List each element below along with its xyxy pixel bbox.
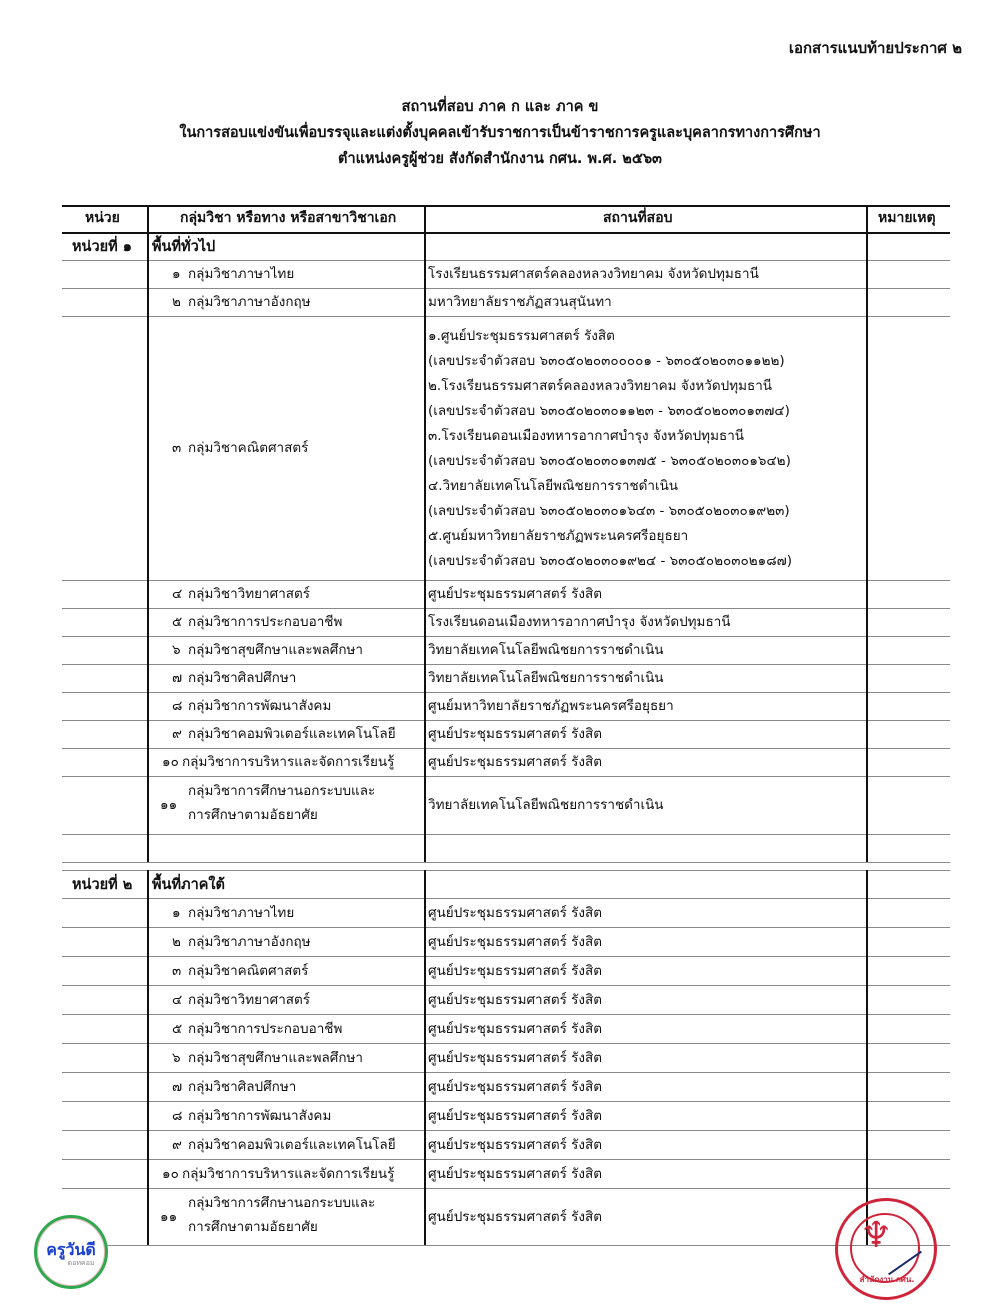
subject-no: ๓ <box>172 963 181 979</box>
column-divider <box>866 870 868 1245</box>
venue-name: ศูนย์มหาวิทยาลัยราชภัฏพระนครศรีอยุธยา <box>428 698 674 714</box>
venue-name: (เลขประจำตัวสอบ ๖๓๐๕๐๒๐๓๐๑๖๔๓ - ๖๓๐๕๐๒๐๓… <box>428 503 790 519</box>
column-divider <box>866 205 868 862</box>
row-divider <box>62 985 950 986</box>
subject-no: ๕ <box>172 1021 182 1037</box>
venue-name: (เลขประจำตัวสอบ ๖๓๐๕๐๒๐๓๐๐๐๐๑ - ๖๓๐๕๐๒๐๓… <box>428 353 785 369</box>
subject-name: กลุ่มวิชาภาษาไทย <box>188 905 294 921</box>
venue-name: ๑.ศูนย์ประชุมธรรมศาสตร์ รังสิต <box>428 328 615 344</box>
venue-name: ศูนย์ประชุมธรรมศาสตร์ รังสิต <box>428 963 602 979</box>
row-divider <box>62 288 950 289</box>
subject-no: ๑๑ <box>160 1209 177 1225</box>
row-divider <box>62 1072 950 1073</box>
subject-name: กลุ่มวิชาการประกอบอาชีพ <box>188 1021 342 1037</box>
subject-no: ๗ <box>172 670 182 686</box>
row-divider <box>62 898 950 899</box>
header-subject: กลุ่มวิชา หรือทาง หรือสาขาวิชาเอก <box>180 210 396 226</box>
document-title: สถานที่สอบ ภาค ก และ ภาค ข ในการสอบแข่งข… <box>0 94 1000 172</box>
subject-no: ๕ <box>172 614 182 630</box>
row-divider <box>62 870 950 871</box>
row-divider <box>62 1043 950 1044</box>
column-divider <box>147 870 149 1245</box>
subject-name: กลุ่มวิชาการบริหารและจัดการเรียนรู้ <box>182 1166 394 1182</box>
venue-name: (เลขประจำตัวสอบ ๖๓๐๕๐๒๐๓๐๑๙๒๔ - ๖๓๐๕๐๒๐๓… <box>428 553 792 569</box>
venue-name: ศูนย์ประชุมธรรมศาสตร์ รังสิต <box>428 754 602 770</box>
header-venue: สถานที่สอบ <box>603 210 673 226</box>
subject-name: กลุ่มวิชาวิทยาศาสตร์ <box>188 586 310 602</box>
venue-name: ศูนย์ประชุมธรรมศาสตร์ รังสิต <box>428 1050 602 1066</box>
subject-no: ๙ <box>172 1137 182 1153</box>
venue-name: ศูนย์ประชุมธรรมศาสตร์ รังสิต <box>428 726 602 742</box>
unit-area: พื้นที่ภาคใต้ <box>152 877 225 893</box>
venue-name: ศูนย์ประชุมธรรมศาสตร์ รังสิต <box>428 1108 602 1124</box>
row-divider <box>62 748 950 749</box>
subject-name: กลุ่มวิชาคอมพิวเตอร์และเทคโนโลยี <box>188 726 396 742</box>
subject-name: กลุ่มวิชาการพัฒนาสังคม <box>188 698 331 714</box>
venue-name: โรงเรียนธรรมศาสตร์คลองหลวงวิทยาคม จังหวั… <box>428 266 759 282</box>
venue-name: (เลขประจำตัวสอบ ๖๓๐๕๐๒๐๓๐๑๑๒๓ - ๖๓๐๕๐๒๐๓… <box>428 403 790 419</box>
subject-no: ๖ <box>172 642 181 658</box>
subject-name: กลุ่มวิชาภาษาไทย <box>188 266 294 282</box>
subject-no: ๓ <box>172 440 181 456</box>
row-divider <box>62 956 950 957</box>
subject-no: ๒ <box>172 294 181 310</box>
subject-name: กลุ่มวิชาคณิตศาสตร์ <box>188 963 308 979</box>
row-divider <box>62 834 950 835</box>
row-divider <box>62 692 950 693</box>
venue-name: ๒.โรงเรียนธรรมศาสตร์คลองหลวงวิทยาคม จังห… <box>428 378 772 394</box>
venue-name: วิทยาลัยเทคโนโลยีพณิชยการราชดำเนิน <box>428 797 664 813</box>
subject-no: ๘ <box>172 1108 182 1124</box>
venue-name: ศูนย์ประชุมธรรมศาสตร์ รังสิต <box>428 1021 602 1037</box>
row-divider <box>62 1159 950 1160</box>
subject-name: กลุ่มวิชาภาษาอังกฤษ <box>188 934 311 950</box>
row-divider <box>62 260 950 261</box>
subject-name: กลุ่มวิชาภาษาอังกฤษ <box>188 294 311 310</box>
row-divider <box>62 1245 950 1246</box>
column-divider <box>424 205 426 862</box>
subject-name: กลุ่มวิชาการประกอบอาชีพ <box>188 614 342 630</box>
subject-no: ๗ <box>172 1079 182 1095</box>
subject-name: กลุ่มวิชาคณิตศาสตร์ <box>188 440 308 456</box>
venue-name: ๔.วิทยาลัยเทคโนโลยีพณิชยการราชดำเนิน <box>428 478 678 494</box>
subject-name: กลุ่มวิชาศิลปศึกษา <box>188 1079 296 1095</box>
unit-area: พื้นที่ทั่วไป <box>152 239 215 255</box>
row-divider <box>62 927 950 928</box>
watermark-sub: ดอทคอม <box>59 1258 103 1269</box>
subject-no: ๑๑ <box>160 797 177 813</box>
title-line-3: ตำแหน่งครูผู้ช่วย สังกัดสำนักงาน กศน. พ.… <box>0 146 1000 172</box>
venue-name: ๕.ศูนย์มหาวิทยาลัยราชภัฏพระนครศรีอยุธยา <box>428 528 688 544</box>
unit-label: หน่วยที่ ๑ <box>72 239 132 255</box>
subject-name: กลุ่มวิชาการพัฒนาสังคม <box>188 1108 331 1124</box>
subject-name: กลุ่มวิชาศิลปศึกษา <box>188 670 296 686</box>
row-divider <box>62 776 950 777</box>
header-remark: หมายเหตุ <box>878 210 936 226</box>
subject-no: ๔ <box>172 992 182 1008</box>
venue-name: ศูนย์ประชุมธรรมศาสตร์ รังสิต <box>428 586 602 602</box>
seal-text: สำนักงาน กศน. <box>852 1273 922 1286</box>
garuda-emblem-icon: ♆ <box>860 1215 892 1256</box>
subject-no: ๙ <box>172 726 182 742</box>
row-divider <box>62 1014 950 1015</box>
subject-name: กลุ่มวิชาวิทยาศาสตร์ <box>188 992 310 1008</box>
row-divider <box>62 205 950 207</box>
unit-label: หน่วยที่ ๒ <box>72 877 132 893</box>
watermark-logo: ครูวันดี ดอทคอม <box>34 1215 108 1289</box>
venue-name: ศูนย์ประชุมธรรมศาสตร์ รังสิต <box>428 905 602 921</box>
subject-name: การศึกษาตามอัธยาศัย <box>188 807 318 823</box>
subject-no: ๑ <box>172 905 181 921</box>
row-divider <box>62 316 950 317</box>
venue-name: ๓.โรงเรียนดอนเมืองทหารอากาศบำรุง จังหวัด… <box>428 428 744 444</box>
row-divider <box>62 1130 950 1131</box>
subject-no: ๑ <box>172 266 181 282</box>
venue-name: วิทยาลัยเทคโนโลยีพณิชยการราชดำเนิน <box>428 670 664 686</box>
subject-name: กลุ่มวิชาการศึกษานอกระบบและ <box>188 783 375 799</box>
row-divider <box>62 608 950 609</box>
venue-name: โรงเรียนดอนเมืองทหารอากาศบำรุง จังหวัดปท… <box>428 614 731 630</box>
venue-name: วิทยาลัยเทคโนโลยีพณิชยการราชดำเนิน <box>428 642 664 658</box>
row-divider <box>62 636 950 637</box>
column-divider <box>424 870 426 1245</box>
header-unit: หน่วย <box>85 210 120 226</box>
row-divider <box>62 1101 950 1102</box>
official-seal: ♆ สำนักงาน กศน. <box>835 1198 937 1300</box>
subject-name: กลุ่มวิชาสุขศึกษาและพลศึกษา <box>188 1050 363 1066</box>
subject-name: การศึกษาตามอัธยาศัย <box>188 1219 318 1235</box>
subject-no: ๑๐ <box>162 1166 179 1182</box>
title-line-1: สถานที่สอบ ภาค ก และ ภาค ข <box>0 94 1000 120</box>
row-divider <box>62 720 950 721</box>
row-divider <box>62 862 950 863</box>
row-divider <box>62 664 950 665</box>
subject-name: กลุ่มวิชาสุขศึกษาและพลศึกษา <box>188 642 363 658</box>
venue-name: มหาวิทยาลัยราชภัฏสวนสุนันทา <box>428 294 612 310</box>
venue-name: ศูนย์ประชุมธรรมศาสตร์ รังสิต <box>428 934 602 950</box>
subject-name: กลุ่มวิชาการบริหารและจัดการเรียนรู้ <box>182 754 394 770</box>
venue-name: ศูนย์ประชุมธรรมศาสตร์ รังสิต <box>428 992 602 1008</box>
column-divider <box>147 205 149 862</box>
venue-name: ศูนย์ประชุมธรรมศาสตร์ รังสิต <box>428 1079 602 1095</box>
subject-no: ๘ <box>172 698 182 714</box>
venue-name: (เลขประจำตัวสอบ ๖๓๐๕๐๒๐๓๐๑๓๗๕ - ๖๓๐๕๐๒๐๓… <box>428 453 791 469</box>
title-line-2: ในการสอบแข่งขันเพื่อบรรจุและแต่งตั้งบุคค… <box>0 120 1000 146</box>
row-divider <box>62 1188 950 1189</box>
venue-name: ศูนย์ประชุมธรรมศาสตร์ รังสิต <box>428 1137 602 1153</box>
subject-name: กลุ่มวิชาการศึกษานอกระบบและ <box>188 1195 375 1211</box>
row-divider <box>62 580 950 581</box>
annex-label: เอกสารแนบท้ายประกาศ ๒ <box>789 36 962 60</box>
venue-name: ศูนย์ประชุมธรรมศาสตร์ รังสิต <box>428 1209 602 1225</box>
subject-name: กลุ่มวิชาคอมพิวเตอร์และเทคโนโลยี <box>188 1137 396 1153</box>
subject-no: ๒ <box>172 934 181 950</box>
venue-name: ศูนย์ประชุมธรรมศาสตร์ รังสิต <box>428 1166 602 1182</box>
subject-no: ๖ <box>172 1050 181 1066</box>
subject-no: ๔ <box>172 586 182 602</box>
row-divider <box>62 232 950 234</box>
subject-no: ๑๐ <box>162 754 179 770</box>
